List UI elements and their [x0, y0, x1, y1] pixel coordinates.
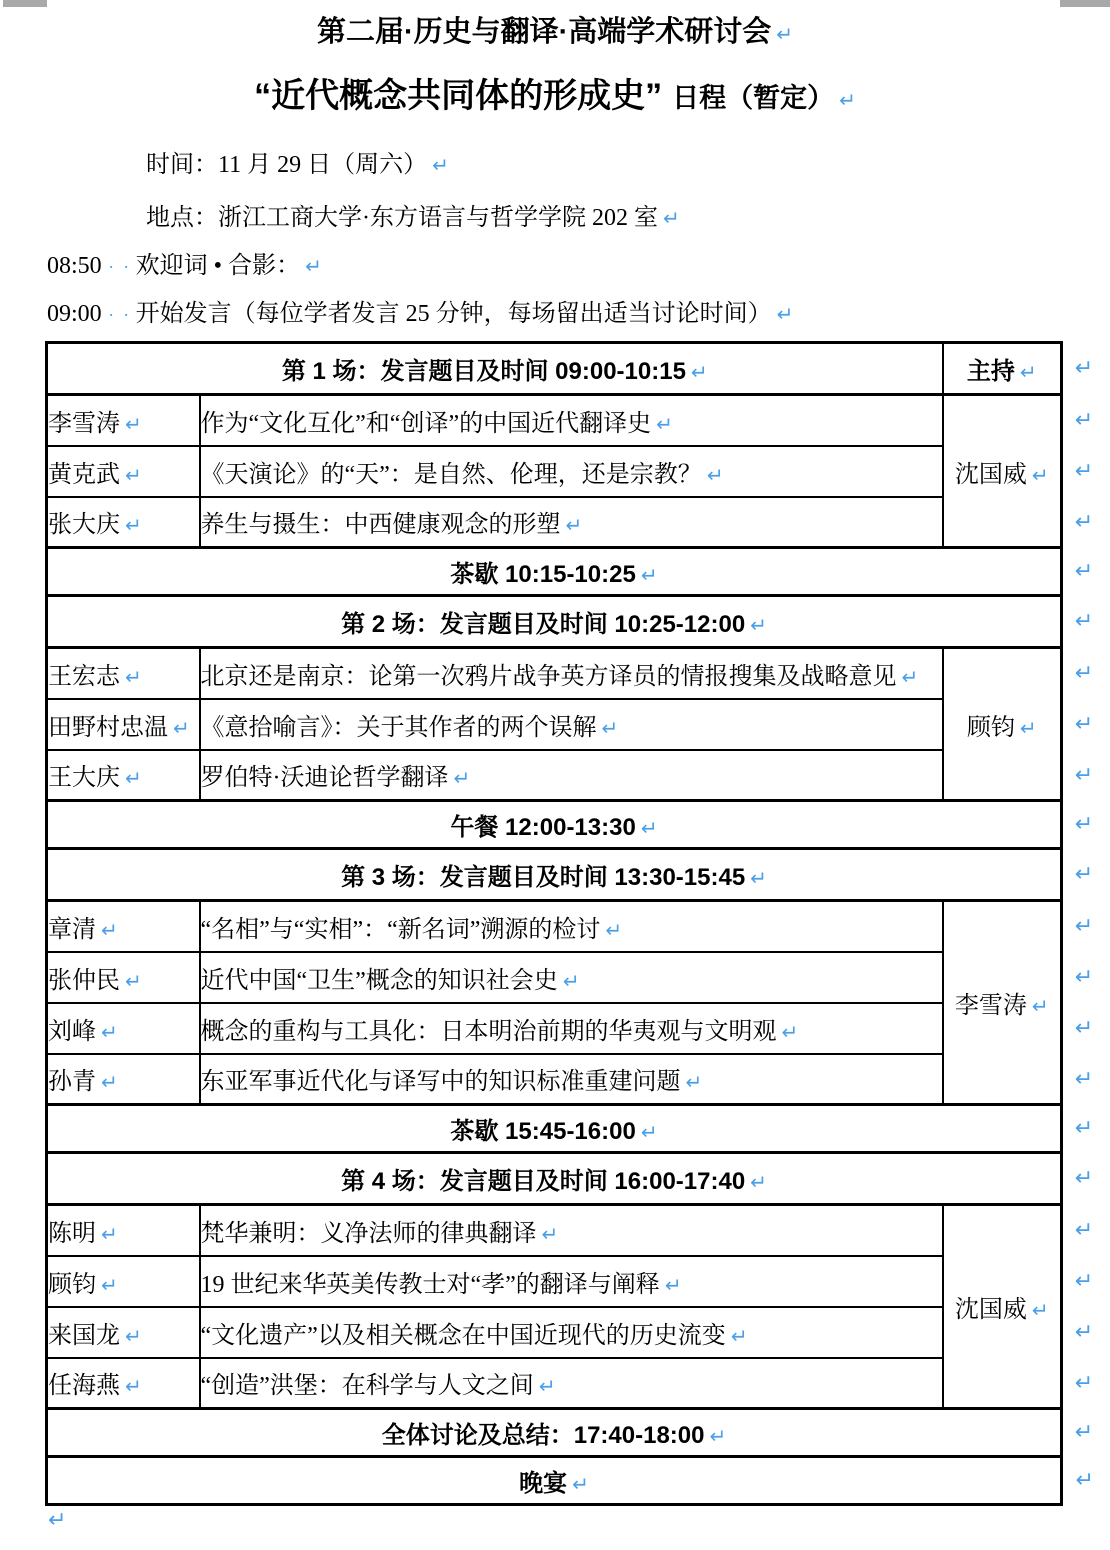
break-cell[interactable]: 茶歇 15:45-16:00 — [47, 1105, 1062, 1153]
cell-text: 来国龙 — [48, 1323, 120, 1349]
paragraph-mark-icon — [663, 203, 680, 233]
paragraph-mark-icon — [1075, 355, 1093, 382]
conference-title[interactable]: 第二届·历史与翻译·高端学术研讨会 — [0, 13, 1110, 53]
paragraph-mark-icon — [1075, 1165, 1093, 1192]
paragraph-mark-icon — [1075, 711, 1093, 738]
paragraph-mark-icon — [710, 1422, 727, 1450]
session-header-cell[interactable]: 第 2 场：发言题目及时间 10:25-12:00 — [47, 596, 1062, 648]
paragraph-mark-icon — [641, 1118, 658, 1146]
cell-text: 王大庆 — [48, 765, 120, 791]
break-cell[interactable]: 茶歇 10:15-10:25 — [47, 548, 1062, 596]
moderator-cell[interactable]: 沈国威 — [943, 395, 1062, 548]
cell-text: “名相”与“实相”：“新名词”溯源的检讨 — [201, 917, 601, 943]
talk-title-cell[interactable]: 北京还是南京：论第一次鸦片战争英方译员的情报搜集及战略意见 — [200, 648, 943, 699]
cell-text: 第 2 场：发言题目及时间 10:25-12:00 — [341, 611, 745, 638]
speaker-cell[interactable]: 王大庆 — [47, 750, 200, 801]
cell-text: 顾钧 — [967, 715, 1015, 741]
cell-text: 概念的重构与工具化：日本明治前期的华夷观与文明观 — [201, 1019, 777, 1045]
table-row: 李雪涛作为“文化互化”和“创译”的中国近代翻译史沈国威 — [47, 395, 1107, 446]
speaker-cell[interactable]: 黄克武 — [47, 446, 200, 497]
paragraph-mark-icon — [1075, 458, 1093, 485]
paragraph-mark-icon — [454, 765, 471, 792]
paragraph-mark-icon — [1075, 1319, 1093, 1346]
cell-text: 沈国威 — [955, 462, 1027, 488]
paragraph-mark-icon — [125, 1323, 142, 1350]
cell-text: 茶歇 15:45-16:00 — [450, 1118, 635, 1145]
paragraph-mark-icon — [1020, 715, 1037, 742]
welcome-line[interactable]: 08:50欢迎词 • 合影： — [47, 251, 322, 282]
row-end-mark — [1062, 1307, 1107, 1358]
paragraph-mark-icon — [125, 664, 142, 691]
paragraph-mark-icon — [125, 462, 142, 489]
table-row: 第 3 场：发言题目及时间 13:30-15:45 — [47, 849, 1107, 901]
row-end-mark — [1062, 849, 1107, 901]
speaker-cell[interactable]: 张大庆 — [47, 497, 200, 548]
break-cell[interactable]: 全体讨论及总结：17:40-18:00 — [47, 1409, 1062, 1457]
cell-text: 作为“文化互化”和“创译”的中国近代翻译史 — [201, 411, 652, 437]
row-end-mark — [1062, 343, 1107, 395]
schedule-table: 第 1 场：发言题目及时间 09:00-10:15主持李雪涛作为“文化互化”和“… — [45, 341, 1108, 1506]
speaker-cell[interactable]: 田野村忠温 — [47, 699, 200, 750]
break-cell[interactable]: 午餐 12:00-13:30 — [47, 801, 1062, 849]
paragraph-mark-icon — [1032, 462, 1049, 489]
cell-text: 晚宴 — [519, 1470, 567, 1497]
cell-text: 第 4 场：发言题目及时间 16:00-17:40 — [341, 1168, 745, 1195]
paragraph-mark-icon — [1075, 811, 1093, 838]
date-line-text: 时间：11 月 29 日（周六） — [146, 152, 427, 178]
cell-text: 《天演论》的“天”：是自然、伦理，还是宗教？ — [201, 462, 702, 488]
welcome-text: 欢迎词 • 合影： — [136, 253, 300, 279]
cell-text: 刘峰 — [48, 1019, 96, 1045]
paragraph-mark-icon — [1076, 1467, 1094, 1494]
speaker-cell[interactable]: 任海燕 — [47, 1358, 200, 1409]
row-end-mark — [1062, 648, 1107, 699]
paragraph-mark-icon — [750, 611, 767, 639]
cell-text: 近代中国“卫生”概念的知识社会史 — [201, 968, 558, 994]
cell-text: 孙青 — [48, 1069, 96, 1095]
paragraph-mark-icon — [1075, 407, 1093, 434]
row-end-mark — [1062, 1105, 1107, 1153]
speaker-cell[interactable]: 李雪涛 — [47, 395, 200, 446]
space-marks-icon — [102, 251, 136, 282]
cell-text: 王宏志 — [48, 664, 120, 690]
paragraph-mark-icon — [839, 76, 856, 127]
row-end-mark — [1062, 1205, 1107, 1256]
speaker-cell[interactable]: 来国龙 — [47, 1307, 200, 1358]
talk-title-cell[interactable]: “文化遗产”以及相关概念在中国近现代的历史流变 — [200, 1307, 943, 1358]
paragraph-mark-icon — [750, 864, 767, 892]
paragraph-mark-icon — [1075, 558, 1093, 585]
paragraph-mark-icon — [173, 715, 190, 742]
paragraph-mark-icon — [125, 411, 142, 438]
cell-text: 李雪涛 — [955, 993, 1027, 1019]
paragraph-mark-icon — [101, 1019, 118, 1046]
cell-text: 田野村忠温 — [48, 715, 168, 741]
speaker-cell[interactable]: 王宏志 — [47, 648, 200, 699]
row-end-mark — [1062, 1003, 1107, 1054]
paragraph-mark-icon — [542, 1221, 559, 1248]
table-row: 茶歇 15:45-16:00 — [47, 1105, 1107, 1153]
document-page: 第二届·历史与翻译·高端学术研讨会 “近代概念共同体的形成史”日程（暂定） 时间… — [0, 0, 1110, 1550]
table-row: 第 4 场：发言题目及时间 16:00-17:40 — [47, 1153, 1107, 1205]
session-start-text: 开始发言（每位学者发言 25 分钟，每场留出适当讨论时间） — [136, 301, 772, 327]
adjacent-page-edge-left — [3, 0, 47, 7]
row-end-mark — [1062, 497, 1107, 548]
table-row: 午餐 12:00-13:30 — [47, 801, 1107, 849]
paragraph-mark-icon — [1075, 1115, 1093, 1142]
paragraph-mark-icon — [1075, 1015, 1093, 1042]
paragraph-mark-icon — [776, 13, 793, 53]
row-end-mark — [1062, 801, 1107, 849]
cell-text: “创造”洪堡：在科学与人文之间 — [201, 1373, 534, 1399]
cell-text: 《意拾喻言》：关于其作者的两个误解 — [201, 715, 597, 741]
paragraph-mark-icon — [686, 1069, 703, 1096]
table-row: 第 1 场：发言题目及时间 09:00-10:15主持 — [47, 343, 1107, 395]
paragraph-mark-icon — [641, 561, 658, 589]
cell-text: 顾钧 — [48, 1272, 96, 1298]
paragraph-mark-icon — [1075, 660, 1093, 687]
cell-text: 主持 — [967, 358, 1015, 385]
table-row: 陈明梵华兼明：义净法师的律典翻译沈国威 — [47, 1205, 1107, 1256]
row-end-mark — [1062, 1409, 1107, 1457]
table-row: 茶歇 10:15-10:25 — [47, 548, 1107, 596]
cell-text: 茶歇 10:15-10:25 — [450, 561, 635, 588]
paragraph-mark-icon — [605, 917, 622, 944]
cell-text: 任海燕 — [48, 1373, 120, 1399]
talk-title-cell[interactable]: 罗伯特·沃迪论哲学翻译 — [200, 750, 943, 801]
session-header-cell[interactable]: 第 4 场：发言题目及时间 16:00-17:40 — [47, 1153, 1062, 1205]
break-cell[interactable]: 晚宴 — [47, 1457, 1062, 1505]
cell-text: 第 1 场：发言题目及时间 09:00-10:15 — [282, 358, 686, 385]
venue-line-text: 地点：浙江工商大学·东方语言与哲学学院 202 室 — [146, 205, 658, 231]
paragraph-mark-icon — [707, 462, 724, 489]
paragraph-mark-icon — [1075, 1419, 1093, 1446]
speaker-cell[interactable]: 刘峰 — [47, 1003, 200, 1054]
paragraph-mark-icon — [48, 1508, 66, 1533]
row-end-mark — [1062, 596, 1107, 648]
session-header-cell[interactable]: 第 3 场：发言题目及时间 13:30-15:45 — [47, 849, 1062, 901]
cell-text: 张大庆 — [48, 512, 120, 538]
paragraph-mark-icon — [539, 1373, 556, 1400]
talk-title-cell[interactable]: “名相”与“实相”：“新名词”溯源的检讨 — [200, 901, 943, 952]
paragraph-mark-icon — [1075, 913, 1093, 940]
paragraph-mark-icon — [1075, 1217, 1093, 1244]
talk-title-cell[interactable]: 梵华兼明：义净法师的律典翻译 — [200, 1205, 943, 1256]
paragraph-mark-icon — [1075, 1066, 1093, 1093]
speaker-cell[interactable]: 顾钧 — [47, 1256, 200, 1307]
cell-text: 章清 — [48, 917, 96, 943]
cell-text: 午餐 12:00-13:30 — [450, 814, 635, 841]
paragraph-mark-icon — [101, 917, 118, 944]
moderator-cell[interactable]: 沈国威 — [943, 1205, 1062, 1409]
speaker-cell[interactable]: 孙青 — [47, 1054, 200, 1105]
cell-text: 北京还是南京：论第一次鸦片战争英方译员的情报搜集及战略意见 — [201, 664, 897, 690]
paragraph-mark-icon — [125, 512, 142, 539]
paragraph-mark-icon — [101, 1069, 118, 1096]
row-end-mark — [1062, 548, 1107, 596]
adjacent-page-edge-right — [1060, 0, 1110, 7]
schedule-title-quoted: “近代概念共同体的形成史” — [254, 77, 662, 115]
paragraph-mark-icon — [1075, 1370, 1093, 1397]
paragraph-mark-icon — [782, 1019, 799, 1046]
talk-title-cell[interactable]: 19 世纪来华英美传教士对“孝”的翻译与阐释 — [200, 1256, 943, 1307]
paragraph-mark-icon — [305, 251, 322, 281]
talk-title-cell[interactable]: 《天演论》的“天”：是自然、伦理，还是宗教？ — [200, 446, 943, 497]
paragraph-mark-icon — [1075, 964, 1093, 991]
paragraph-mark-icon — [125, 1373, 142, 1400]
space-marks-icon — [102, 299, 136, 330]
talk-title-cell[interactable]: “创造”洪堡：在科学与人文之间 — [200, 1358, 943, 1409]
paragraph-mark-icon — [1075, 861, 1093, 888]
paragraph-mark-icon — [125, 765, 142, 792]
row-end-mark — [1062, 901, 1107, 952]
table-row: 章清“名相”与“实相”：“新名词”溯源的检讨李雪涛 — [47, 901, 1107, 952]
paragraph-mark-icon — [1032, 1297, 1049, 1324]
cell-text: 李雪涛 — [48, 411, 120, 437]
paragraph-mark-icon — [750, 1168, 767, 1196]
row-end-mark — [1062, 750, 1107, 801]
moderator-cell[interactable]: 李雪涛 — [943, 901, 1062, 1105]
cell-text: 陈明 — [48, 1221, 96, 1247]
table-row: 第 2 场：发言题目及时间 10:25-12:00 — [47, 596, 1107, 648]
venue-line[interactable]: 地点：浙江工商大学·东方语言与哲学学院 202 室 — [146, 203, 680, 233]
table-row: 晚宴 — [47, 1457, 1107, 1505]
row-end-mark — [1062, 1358, 1107, 1409]
row-end-mark — [1062, 395, 1107, 446]
paragraph-mark-icon — [665, 1272, 682, 1299]
row-end-mark — [1062, 1457, 1107, 1505]
paragraph-mark-icon — [602, 715, 619, 742]
row-end-mark — [1062, 1054, 1107, 1105]
date-line[interactable]: 时间：11 月 29 日（周六） — [146, 150, 449, 180]
row-end-mark — [1062, 1153, 1107, 1205]
session-start-time: 09:00 — [47, 301, 102, 327]
welcome-time: 08:50 — [47, 253, 102, 279]
moderator-column-header[interactable]: 主持 — [943, 343, 1062, 395]
paragraph-mark-icon — [572, 1470, 589, 1498]
paragraph-mark-icon — [1075, 509, 1093, 536]
paragraph-mark-icon — [101, 1272, 118, 1299]
paragraph-mark-icon — [101, 1221, 118, 1248]
cell-text: 19 世纪来华英美传教士对“孝”的翻译与阐释 — [201, 1272, 660, 1298]
session-header-cell[interactable]: 第 1 场：发言题目及时间 09:00-10:15 — [47, 343, 943, 395]
table-row: 全体讨论及总结：17:40-18:00 — [47, 1409, 1107, 1457]
cell-text: 全体讨论及总结：17:40-18:00 — [382, 1422, 705, 1449]
paragraph-mark-icon — [1075, 1268, 1093, 1295]
row-end-mark — [1062, 1256, 1107, 1307]
row-end-mark — [1062, 952, 1107, 1003]
paragraph-mark-icon — [731, 1323, 748, 1350]
schedule-title-suffix: 日程（暂定） — [672, 83, 834, 113]
cell-text: “文化遗产”以及相关概念在中国近现代的历史流变 — [201, 1323, 726, 1349]
paragraph-mark-icon — [656, 411, 673, 438]
talk-title-cell[interactable]: 作为“文化互化”和“创译”的中国近代翻译史 — [200, 395, 943, 446]
speaker-cell[interactable]: 章清 — [47, 901, 200, 952]
paragraph-mark-icon — [1032, 993, 1049, 1020]
talk-title-cell[interactable]: 近代中国“卫生”概念的知识社会史 — [200, 952, 943, 1003]
schedule-title[interactable]: “近代概念共同体的形成史”日程（暂定） — [0, 72, 1110, 127]
cell-text: 东亚军事近代化与译写中的知识标准重建问题 — [201, 1069, 681, 1095]
cell-text: 第 3 场：发言题目及时间 13:30-15:45 — [341, 864, 745, 891]
session-start-line[interactable]: 09:00开始发言（每位学者发言 25 分钟，每场留出适当讨论时间） — [47, 299, 793, 330]
cell-text: 梵华兼明：义净法师的律典翻译 — [201, 1221, 537, 1247]
talk-title-cell[interactable]: 《意拾喻言》：关于其作者的两个误解 — [200, 699, 943, 750]
row-end-mark — [1062, 446, 1107, 497]
speaker-cell[interactable]: 张仲民 — [47, 952, 200, 1003]
paragraph-mark-icon — [1020, 358, 1037, 386]
cell-text: 黄克武 — [48, 462, 120, 488]
row-end-mark — [1062, 699, 1107, 750]
paragraph-mark-icon — [563, 968, 580, 995]
conference-title-text: 第二届·历史与翻译·高端学术研讨会 — [317, 16, 771, 48]
paragraph-mark-icon — [1075, 608, 1093, 635]
cell-text: 张仲民 — [48, 968, 120, 994]
talk-title-cell[interactable]: 养生与摄生：中西健康观念的形塑 — [200, 497, 943, 548]
paragraph-mark-icon — [1075, 762, 1093, 789]
cell-text: 罗伯特·沃迪论哲学翻译 — [201, 765, 449, 791]
paragraph-mark-icon — [566, 512, 583, 539]
moderator-cell[interactable]: 顾钧 — [943, 648, 1062, 801]
paragraph-mark-icon — [777, 299, 794, 329]
talk-title-cell[interactable]: 东亚军事近代化与译写中的知识标准重建问题 — [200, 1054, 943, 1105]
end-of-document-paragraph[interactable] — [48, 1508, 66, 1533]
talk-title-cell[interactable]: 概念的重构与工具化：日本明治前期的华夷观与文明观 — [200, 1003, 943, 1054]
cell-text: 沈国威 — [955, 1297, 1027, 1323]
table-row: 王宏志北京还是南京：论第一次鸦片战争英方译员的情报搜集及战略意见顾钧 — [47, 648, 1107, 699]
cell-text: 养生与摄生：中西健康观念的形塑 — [201, 512, 561, 538]
paragraph-mark-icon — [691, 358, 708, 386]
speaker-cell[interactable]: 陈明 — [47, 1205, 200, 1256]
paragraph-mark-icon — [641, 814, 658, 842]
paragraph-mark-icon — [125, 968, 142, 995]
paragraph-mark-icon — [432, 150, 449, 180]
paragraph-mark-icon — [902, 664, 919, 691]
